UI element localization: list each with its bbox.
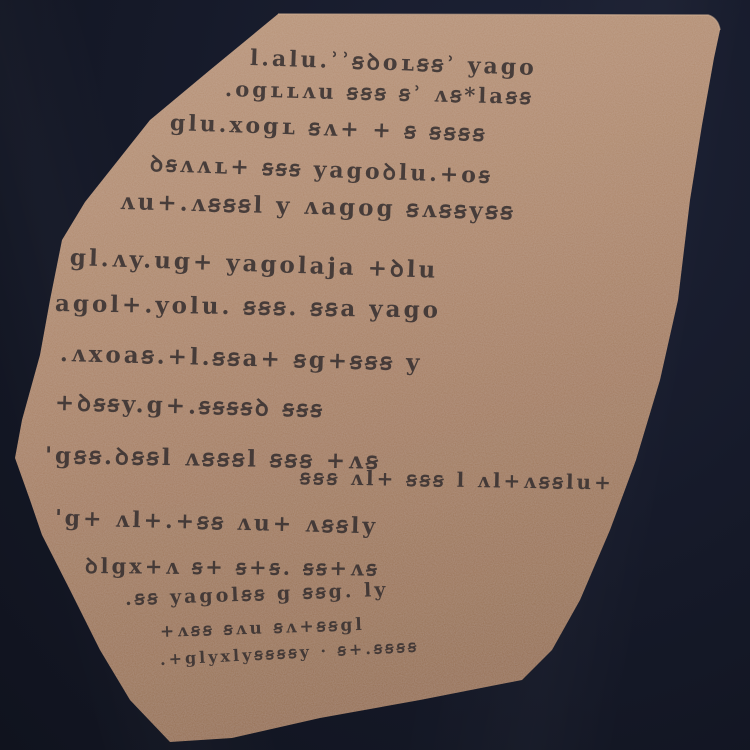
ostracon-shard [0, 0, 750, 750]
clay-surface [15, 14, 720, 742]
photo-scene: l.alu.ʾʾꞩꝺoʟꞩꞩʾ yago .ogʟʟʌu ꞩꞩꞩ ꞩʾ ʌꞩ*l… [0, 0, 750, 750]
